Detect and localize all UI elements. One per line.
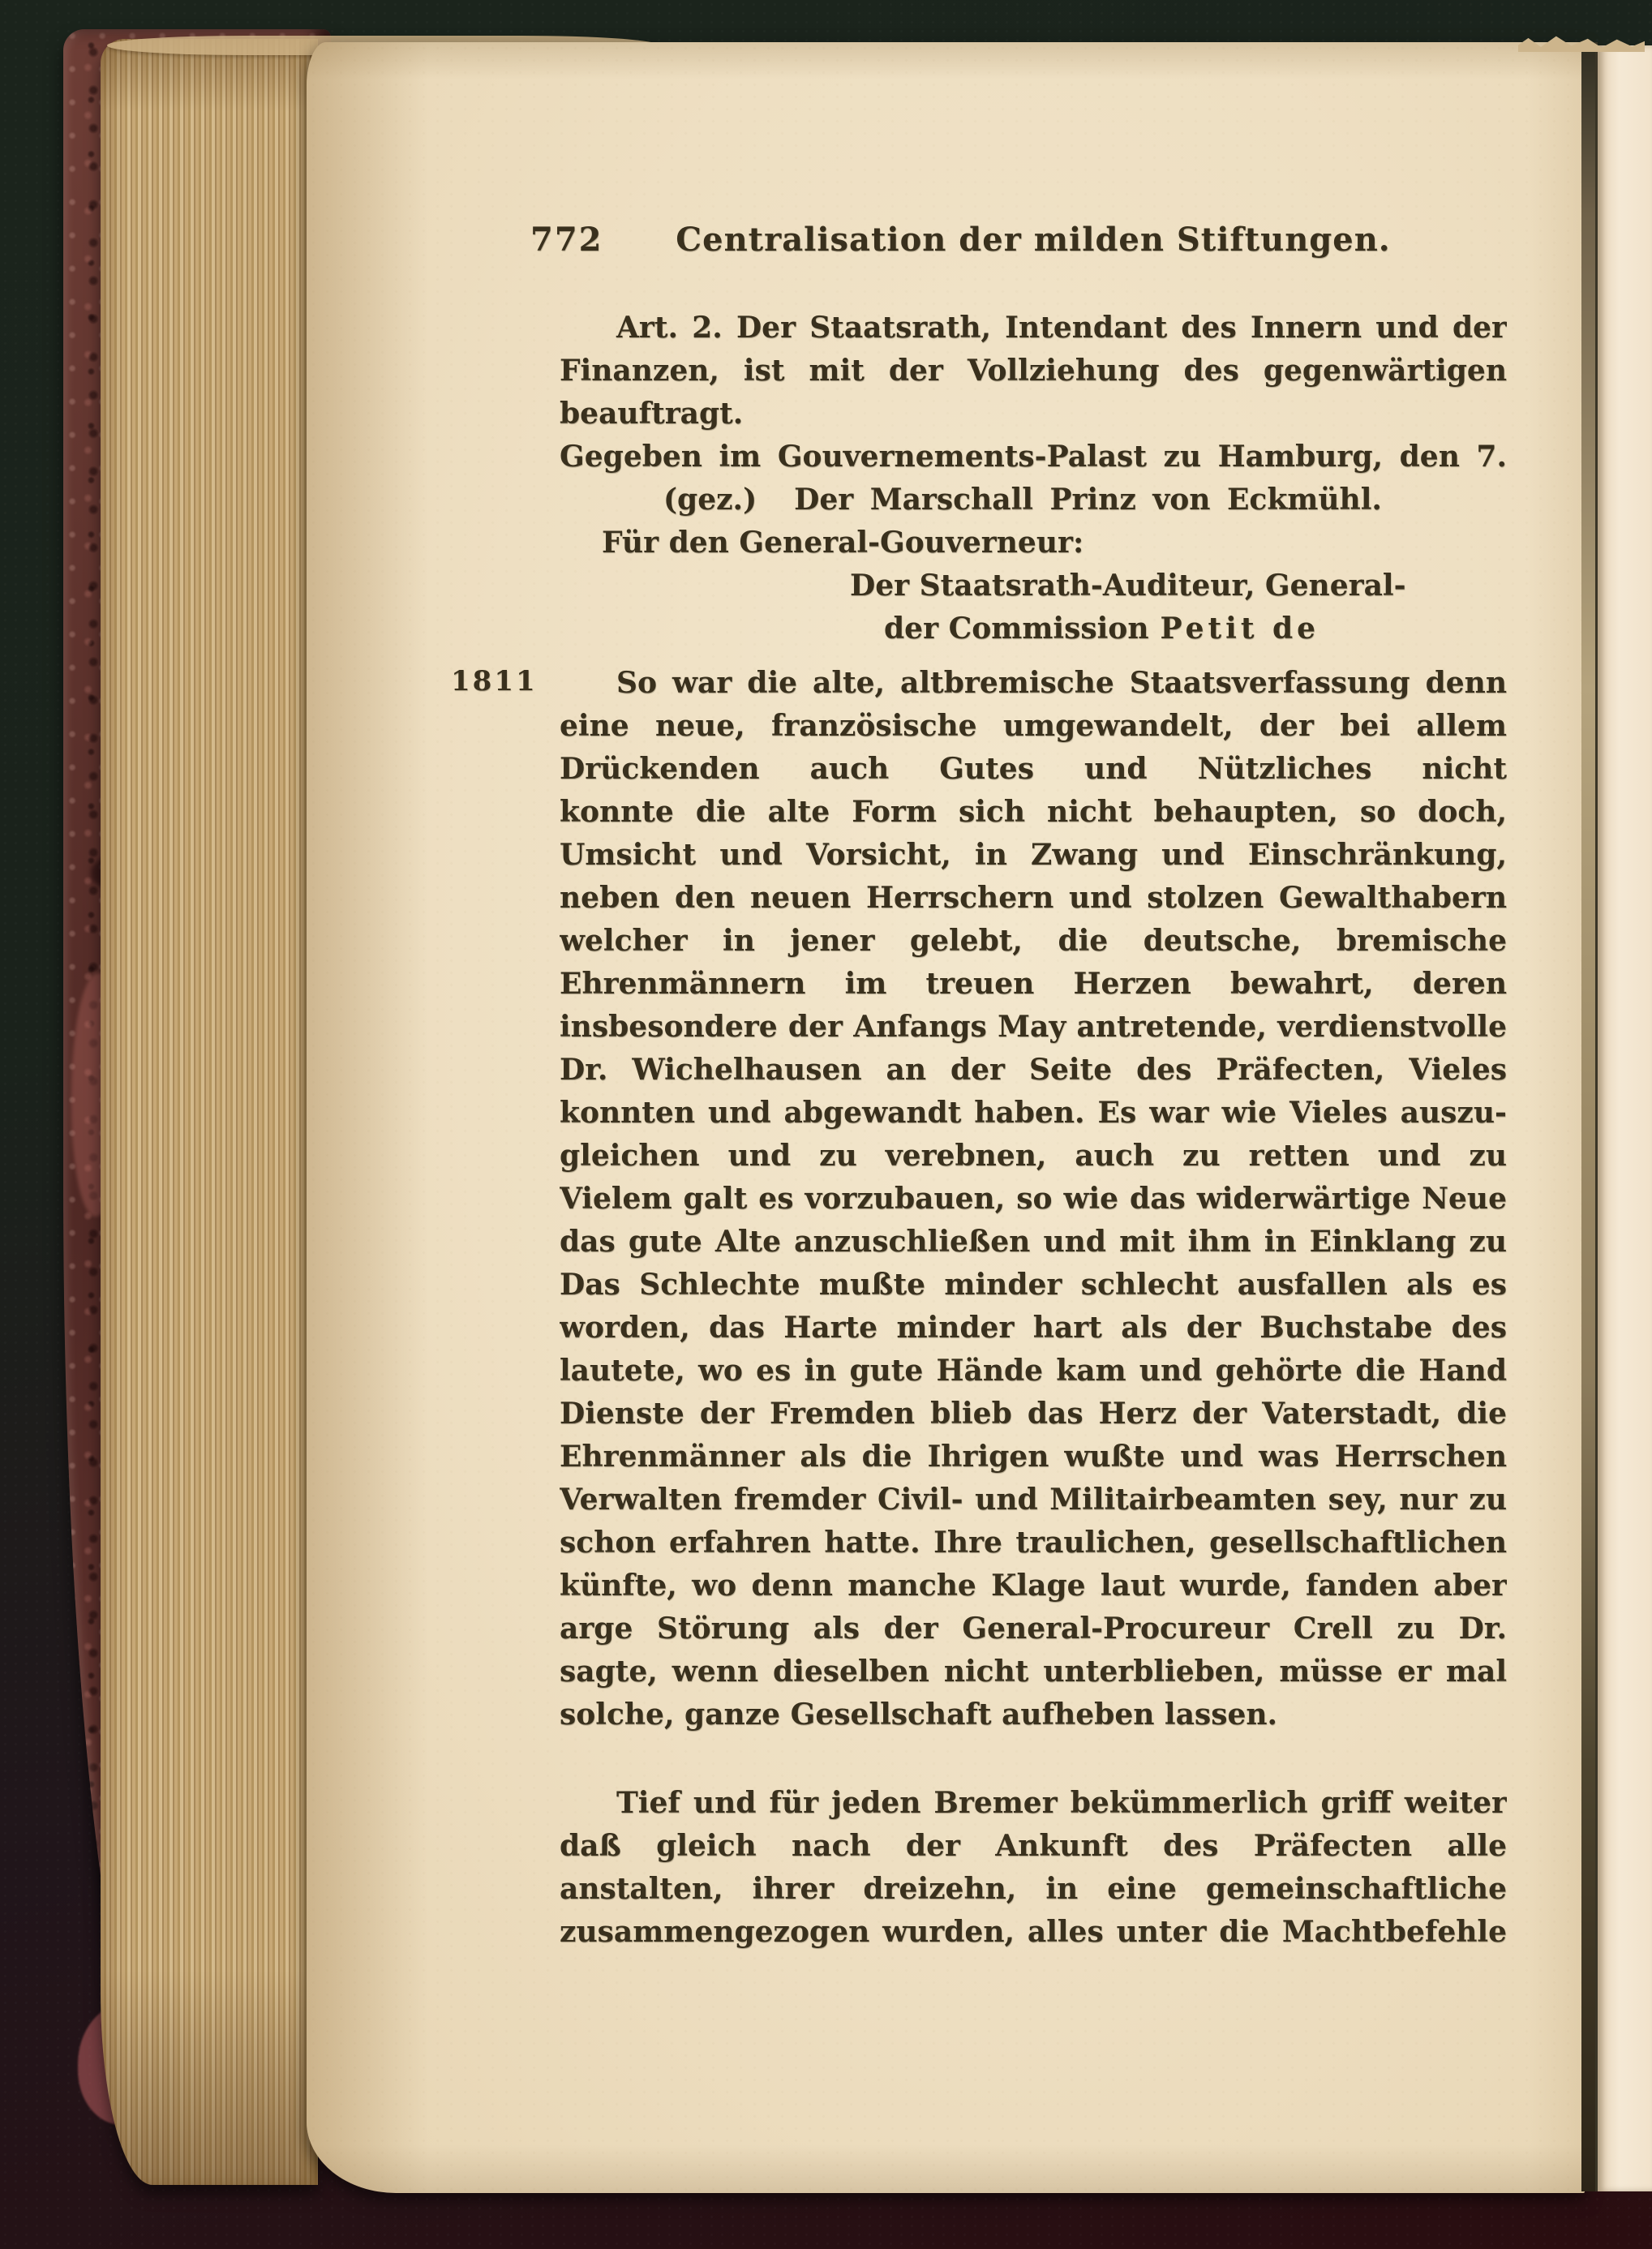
- text-line: Finanzen, ist mit der Vollziehung des ge…: [560, 350, 1507, 393]
- text-line: Verwalten fremder Civil- und Militairbea…: [560, 1479, 1507, 1522]
- text-line: Umsicht und Vorsicht, in Zwang und Einsc…: [560, 834, 1507, 877]
- page-block-fore-edge: [101, 39, 318, 2185]
- text-line: neben den neuen Herrschern und stolzen G…: [560, 877, 1507, 920]
- text-line: So war die alte, altbremische Staatsverf…: [560, 662, 1507, 705]
- text-line: welcher in jener gelebt, die deutsche, b…: [560, 920, 1507, 963]
- text-line: das gute Alte anzuschließen und mit ihm …: [560, 1221, 1507, 1264]
- text-line: Das Schlechte mußte minder schlecht ausf…: [560, 1264, 1507, 1307]
- page-gutter-shadow: [1581, 42, 1598, 2191]
- signature-prefix: (gez.): [663, 483, 757, 517]
- text-line: konnte die alte Form sich nicht behaupte…: [560, 791, 1507, 834]
- decree-given-line: Gegeben im Gouvernements-Palast zu Hambu…: [560, 436, 1507, 479]
- text-line: beauftragt.: [560, 393, 1507, 436]
- book-photograph: 772 Centralisation der milden Stiftungen…: [0, 0, 1652, 2249]
- text-line: Art. 2. Der Staatsrath, Intendant des In…: [560, 307, 1507, 350]
- next-page-edge: [1598, 45, 1652, 2191]
- decree-secretary-line: Der Staatsrath-Auditeur, General-Secreta…: [560, 564, 1507, 607]
- page-text-block: Art. 2. Der Staatsrath, Intendant des In…: [560, 307, 1507, 1954]
- text-line: Tief und für jeden Bremer bekümmerlich g…: [560, 1782, 1507, 1825]
- text-line: Ehrenmänner als die Ihrigen wußte und wa…: [560, 1436, 1507, 1479]
- text-line: insbesondere der Anfangs May antretende,…: [560, 1006, 1507, 1049]
- text-line: sagte, wenn dieselben nicht unterblieben…: [560, 1650, 1507, 1693]
- text-line: daß gleich nach der Ankunft des Präfecte…: [560, 1825, 1507, 1868]
- running-header-title: Centralisation der milden Stiftungen.: [560, 221, 1507, 259]
- text-line: gleichen und zu verebnen, auch zu retten…: [560, 1135, 1507, 1178]
- running-header: 772 Centralisation der milden Stiftungen…: [560, 221, 1507, 266]
- second-paragraph: Tief und für jeden Bremer bekümmerlich g…: [560, 1782, 1507, 1954]
- decree-closing-block: Gegeben im Gouvernements-Palast zu Hambu…: [560, 436, 1507, 650]
- text-line: solche, ganze Gesellschaft aufheben lass…: [560, 1693, 1507, 1736]
- commission-prefix: der Commission: [884, 612, 1149, 646]
- text-line: eine neue, französische umgewandelt, der…: [560, 705, 1507, 748]
- text-line: schon erfahren hatte. Ihre traulichen, g…: [560, 1522, 1507, 1564]
- text-line: konnten und abgewandt haben. Es war wie …: [560, 1092, 1507, 1135]
- article-paragraph: Art. 2. Der Staatsrath, Intendant des In…: [560, 307, 1507, 436]
- chronicle-paragraph: So war die alte, altbremische Staatsverf…: [560, 662, 1507, 1736]
- decree-signature-line: (gez.)Der Marschall Prinz von Eckmühl.: [560, 479, 1507, 521]
- text-line: Drückenden auch Gutes und Nützliches nic…: [560, 748, 1507, 791]
- text-line: Vielem galt es vorzubauen, so wie das wi…: [560, 1178, 1507, 1221]
- text-line: Dienste der Fremden blieb das Herz der V…: [560, 1393, 1507, 1436]
- decree-for-line: Für den General-Gouverneur:: [560, 521, 1507, 564]
- page-number: 772: [530, 221, 603, 259]
- signature-name: Der Marschall Prinz von Eckmühl.: [794, 483, 1382, 517]
- margin-year-note: 1811: [451, 665, 538, 697]
- text-line: worden, das Harte minder hart als der Bu…: [560, 1307, 1507, 1350]
- text-line: Ehrenmännern im treuen Herzen bewahrt, d…: [560, 963, 1507, 1006]
- text-line: zusammengezogen wurden, alles unter die …: [560, 1911, 1507, 1954]
- text-line: anstalten, ihrer dreizehn, in eine gemei…: [560, 1868, 1507, 1911]
- text-line: Dr. Wichelhausen an der Seite des Präfec…: [560, 1049, 1507, 1092]
- text-line: künfte, wo denn manche Klage laut wurde,…: [560, 1564, 1507, 1607]
- text-line: lautete, wo es in gute Hände kam und geh…: [560, 1350, 1507, 1393]
- text-line: arge Störung als der General-Procureur C…: [560, 1607, 1507, 1650]
- decree-commission-line: der CommissionPetit de Beauverger.: [560, 607, 1507, 650]
